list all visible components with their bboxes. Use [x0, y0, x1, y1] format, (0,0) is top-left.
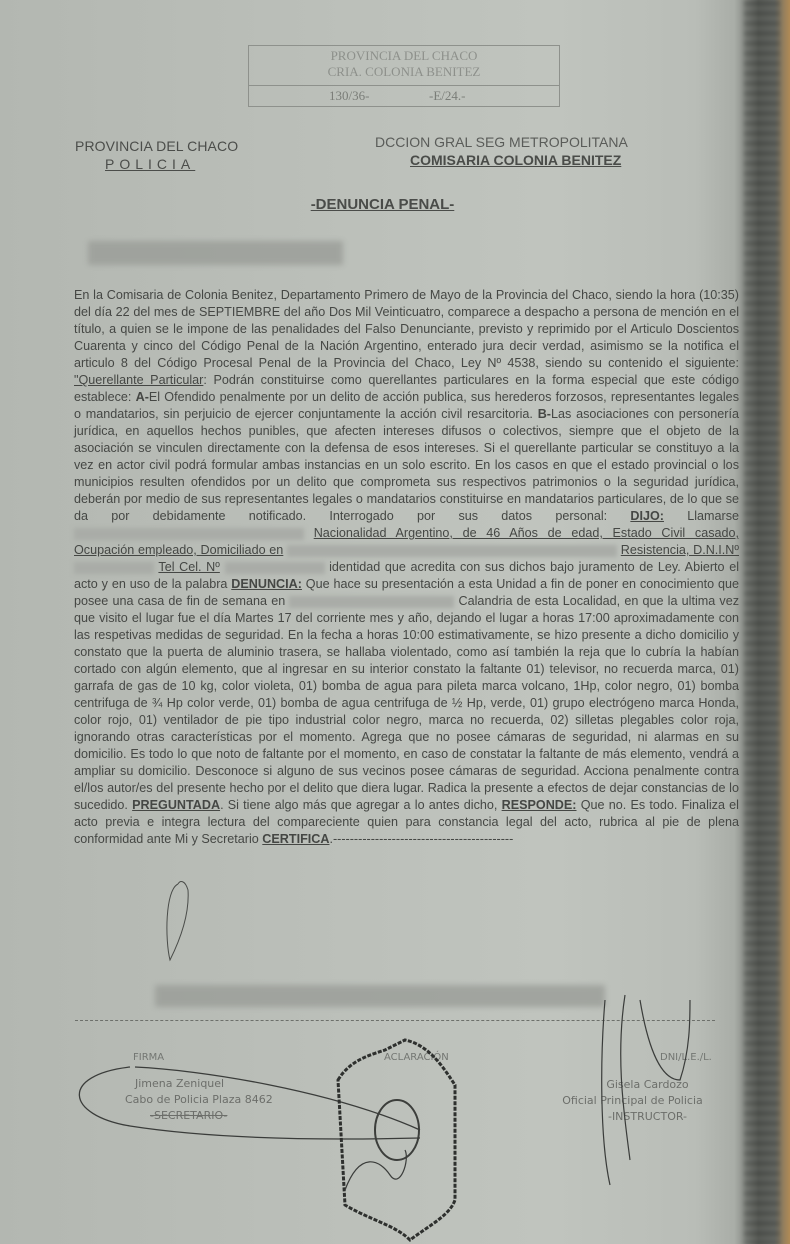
- redacted-subject-line: [88, 241, 343, 265]
- denuncia-label: DENUNCIA:: [231, 577, 302, 591]
- redacted-name: [74, 528, 304, 540]
- firma-label: FIRMA: [133, 1052, 295, 1063]
- secretary-name: Jimena Zeniquel: [135, 1077, 295, 1090]
- aclaracion-label: ACLARACIÓN: [384, 1052, 504, 1063]
- instructor-rank: Oficial Principal de Policia: [540, 1094, 725, 1107]
- redacted-phone: [225, 562, 325, 574]
- stamp-ref-number: 130/36-: [329, 86, 369, 106]
- city-line: Resistencia, D.N.I.Nº: [621, 543, 739, 557]
- stamp-line-2: CRIA. COLONIA BENITEZ: [249, 64, 559, 80]
- secretary-rank: Cabo de Policia Plaza 8462: [125, 1093, 295, 1106]
- seal-emblem-icon: [375, 1100, 419, 1160]
- signature-secretary: FIRMA Jimena Zeniquel Cabo de Policia Pl…: [125, 1052, 295, 1122]
- redacted-complainant-signature: [155, 985, 605, 1007]
- dni-label: DNI/L.E./L.: [660, 1052, 725, 1063]
- preguntada-label: PREGUNTADA: [132, 798, 220, 812]
- header-police: POLICIA: [105, 156, 238, 172]
- header-right: DCCION GRAL SEG METROPOLITANA COMISARIA …: [375, 134, 628, 168]
- document-title: -DENUNCIA PENAL-: [0, 196, 790, 213]
- instructor-name: Gisela Cardozo: [570, 1078, 725, 1091]
- tel-label: Tel Cel. Nº: [158, 560, 219, 574]
- scanned-document-page: PROVINCIA DEL CHACO CRIA. COLONIA BENITE…: [0, 0, 790, 1244]
- registry-stamp: PROVINCIA DEL CHACO CRIA. COLONIA BENITE…: [248, 45, 560, 107]
- stamp-line-1: PROVINCIA DEL CHACO: [249, 48, 559, 64]
- dijo-label: DIJO:: [630, 509, 664, 523]
- signature-instructor: DNI/L.E./L. Gisela Cardozo Oficial Princ…: [540, 1052, 725, 1123]
- header-station: COMISARIA COLONIA BENITEZ: [410, 152, 628, 168]
- signature-divider: [75, 1020, 715, 1021]
- redacted-address: [287, 545, 617, 557]
- redacted-dni: [74, 562, 154, 574]
- secretary-role: -SECRETARIO-: [150, 1109, 295, 1122]
- responde-label: RESPONDE:: [502, 798, 577, 812]
- header-left: PROVINCIA DEL CHACO POLICIA: [75, 138, 238, 172]
- querellante-label: "Querellante Particular: [74, 373, 203, 387]
- instructor-role: -INSTRUCTOR-: [570, 1110, 725, 1123]
- stamp-ref-code: -E/24.-: [429, 86, 465, 106]
- police-seal-icon: [338, 1040, 455, 1240]
- signature-aclaracion: ACLARACIÓN: [384, 1052, 504, 1063]
- certifica-label: CERTIFICA: [262, 832, 329, 846]
- scan-edge-shadow: [744, 0, 780, 1244]
- header-directorate: DCCION GRAL SEG METROPOLITANA: [375, 134, 628, 150]
- redacted-location: [289, 596, 454, 608]
- complaint-paragraph: En la Comisaria de Colonia Benitez, Depa…: [74, 287, 739, 848]
- complaint-body: En la Comisaria de Colonia Benitez, Depa…: [74, 287, 739, 848]
- header-province: PROVINCIA DEL CHACO: [75, 138, 238, 154]
